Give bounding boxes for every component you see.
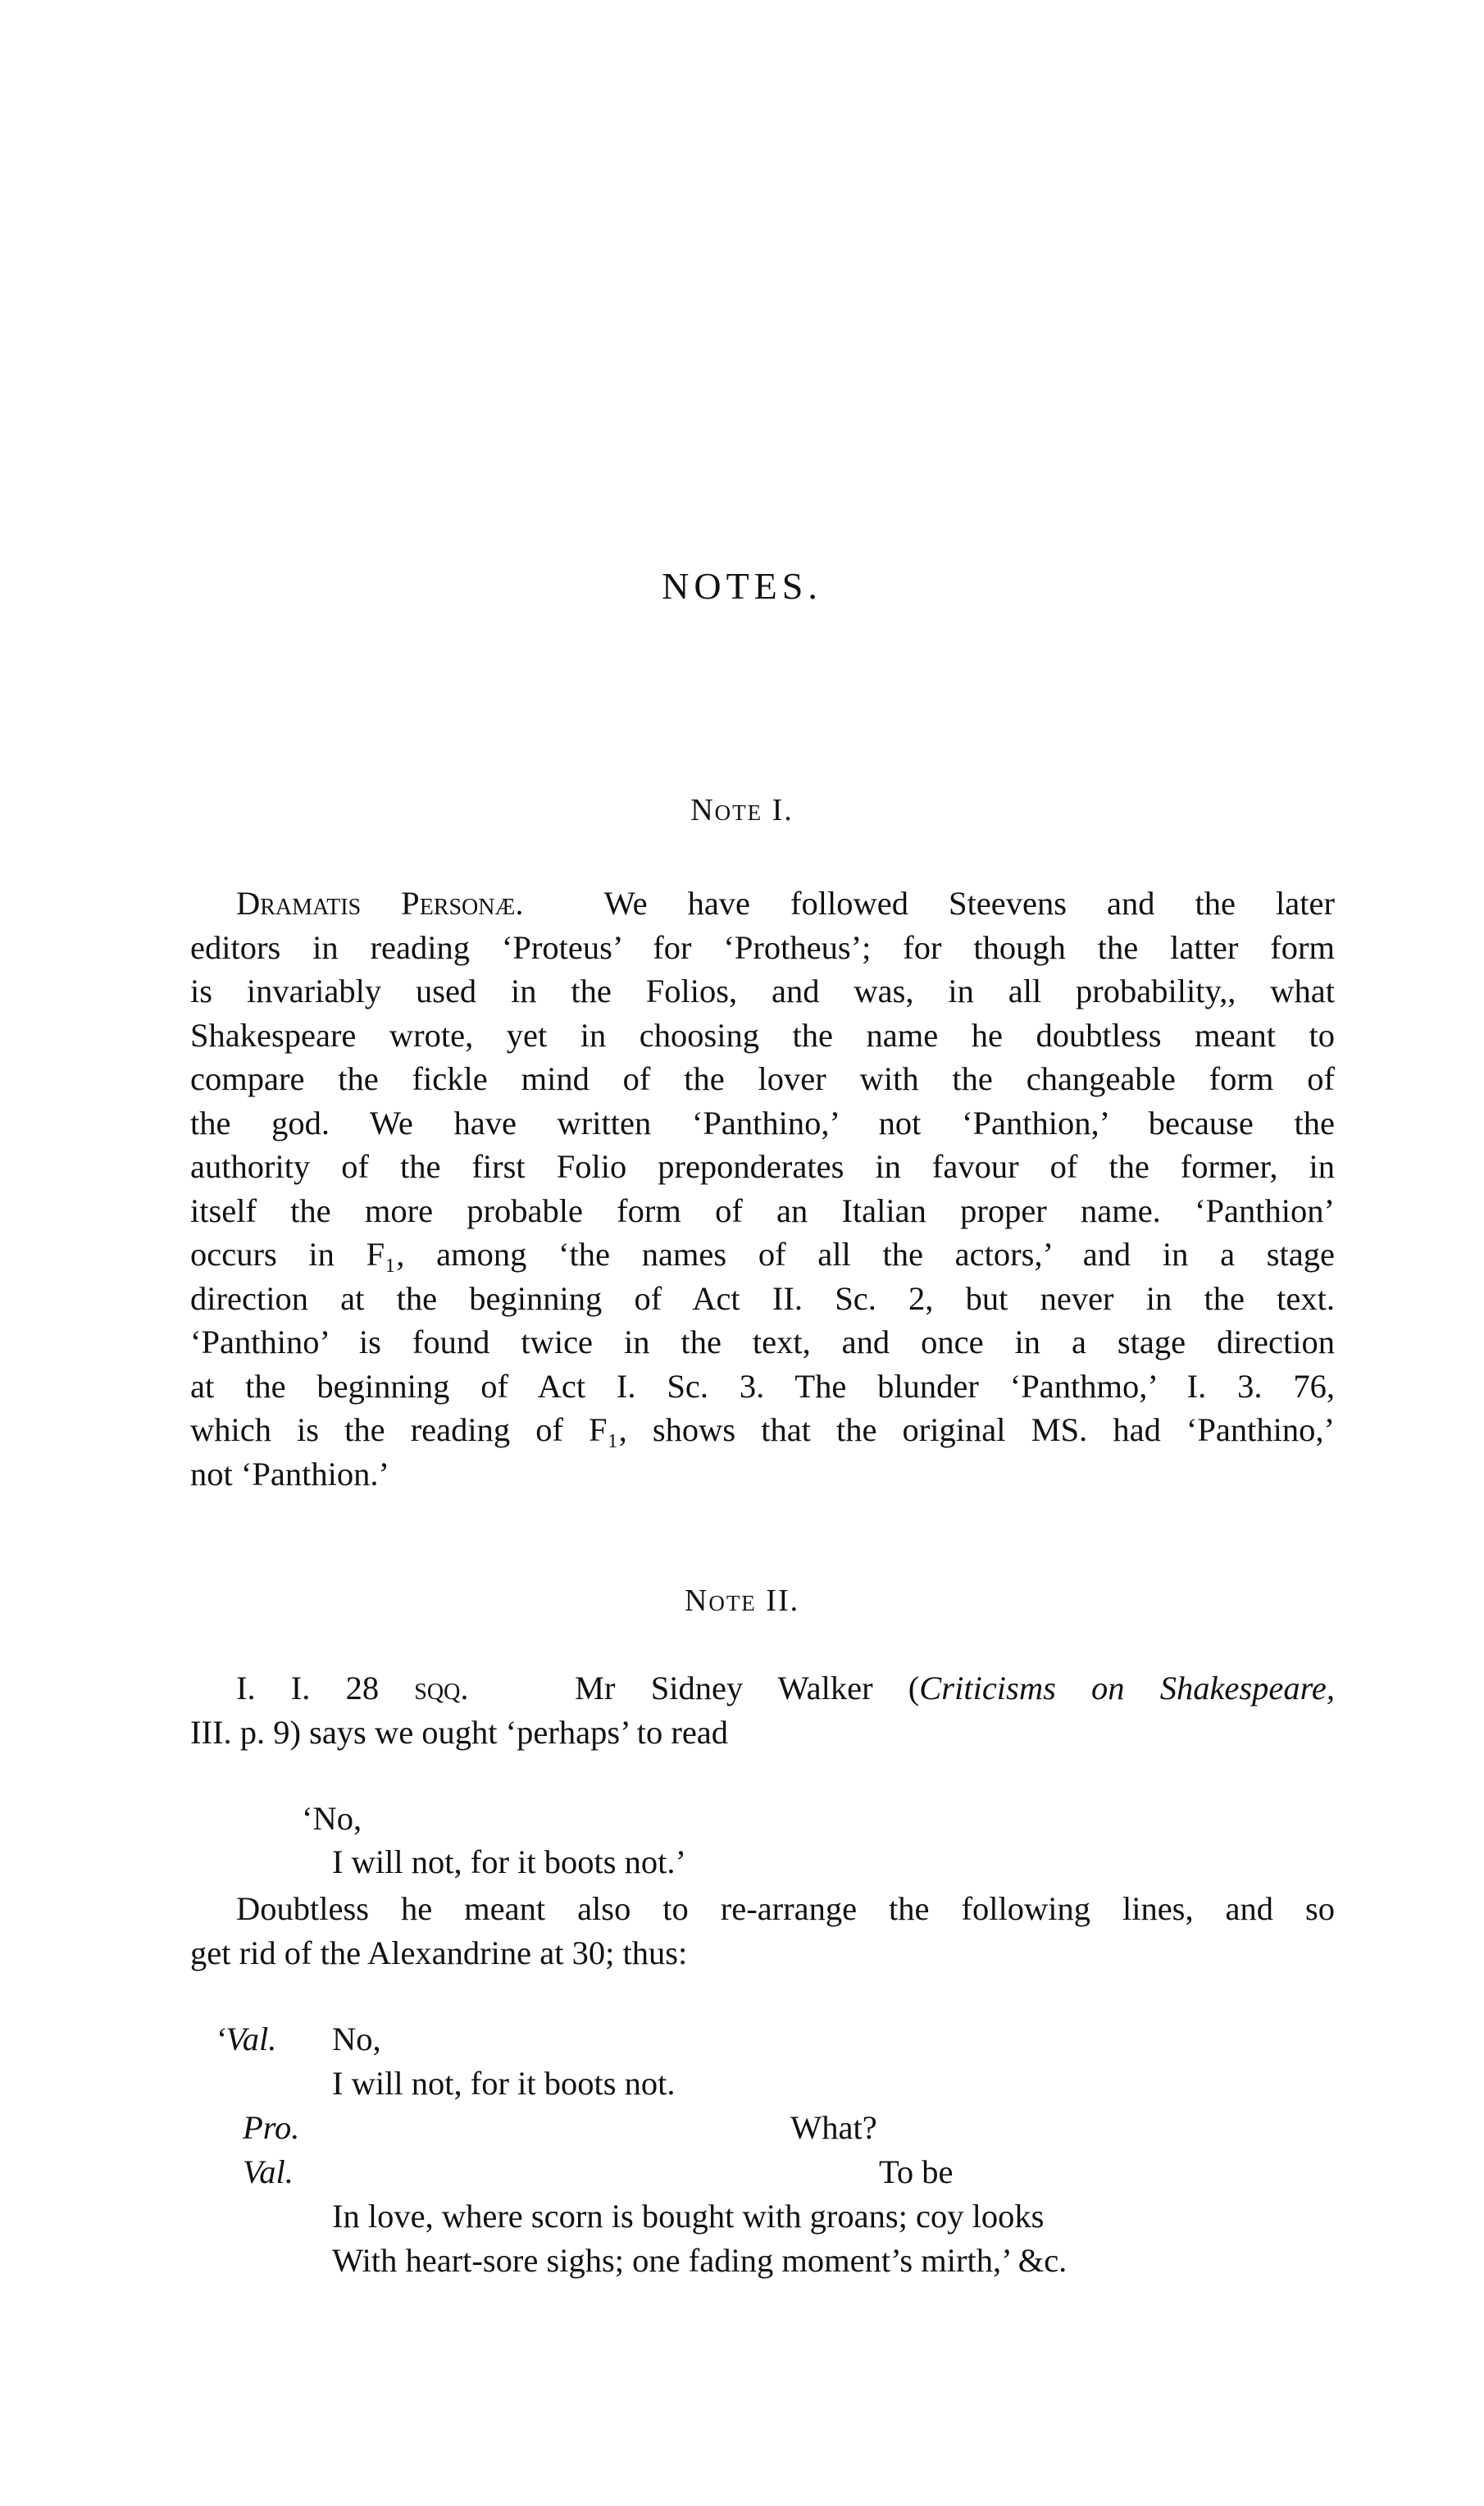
note-1-line: not ‘Panthion.’ xyxy=(190,1452,1335,1497)
note-2-line: Doubtless he meant also to re-arrange th… xyxy=(190,1887,1335,1931)
book-title: Criticisms on Shakespeare, xyxy=(919,1670,1335,1706)
note-1-line: compare the fickle mind of the lover wit… xyxy=(190,1057,1335,1101)
note-1-line: which is the reading of F₁, shows that t… xyxy=(190,1408,1335,1452)
note-1-line: the god. We have written ‘Panthino,’ not… xyxy=(190,1101,1335,1146)
note-1-line: at the beginning of Act I. Sc. 3. The bl… xyxy=(190,1365,1335,1409)
dialogue-line: With heart-sore sighs; one fading moment… xyxy=(332,2239,1067,2283)
speaker-label: ‘Val. xyxy=(215,2017,276,2062)
dialogue-line: To be xyxy=(879,2150,954,2194)
speaker-label: Val. xyxy=(243,2150,294,2194)
document-page: NOTES. Note I. Dramatis Personæ. We have… xyxy=(0,0,1484,2506)
note-1-line: Shakespeare wrote, yet in choosing the n… xyxy=(190,1014,1335,1058)
dialogue-line: I will not, for it boots not. xyxy=(332,2062,676,2106)
quote-line: ‘No, xyxy=(302,1797,362,1841)
note-1-line: is invariably used in the Folios, and wa… xyxy=(190,969,1335,1014)
note-2-line: get rid of the Alexandrine at 30; thus: xyxy=(190,1931,1335,1975)
dialogue-line: No, xyxy=(332,2017,381,2062)
note-1-line: occurs in F₁, among ‘the names of all th… xyxy=(190,1232,1335,1277)
note-2-line: III. p. 9) says we ought ‘perhaps’ to re… xyxy=(190,1711,1335,1755)
dialogue-line: In love, where scorn is bought with groa… xyxy=(332,2194,1044,2239)
note-2-paragraph: Doubtless he meant also to re-arrange th… xyxy=(190,1887,1335,1975)
note-1-paragraph: Dramatis Personæ. We have followed Steev… xyxy=(190,882,1335,1496)
speaker-label: Pro. xyxy=(243,2106,299,2150)
quote-line: I will not, for it boots not.’ xyxy=(332,1840,686,1884)
dialogue-line: What? xyxy=(790,2106,877,2150)
note-1-line: ‘Panthino’ is found twice in the text, a… xyxy=(190,1320,1335,1365)
note-1-line: itself the more probable form of an Ital… xyxy=(190,1189,1335,1233)
dramatis-personae-label: Dramatis Personæ. xyxy=(236,885,524,922)
note-1-line: authority of the first Folio preponderat… xyxy=(190,1145,1335,1189)
note-1-line: direction at the beginning of Act II. Sc… xyxy=(190,1277,1335,1321)
line-reference: I. I. 28 sqq. xyxy=(236,1670,468,1706)
page-title: NOTES. xyxy=(0,566,1484,607)
note-2-intro: I. I. 28 sqq. Mr Sidney Walker (Criticis… xyxy=(190,1666,1335,1754)
note-2-line: I. I. 28 sqq. Mr Sidney Walker (Criticis… xyxy=(190,1666,1335,1711)
note-2-heading: Note II. xyxy=(0,1584,1484,1617)
note-1-heading: Note I. xyxy=(0,794,1484,827)
note-1-line: Dramatis Personæ. We have followed Steev… xyxy=(190,882,1335,926)
note-1-line: editors in reading ‘Proteus’ for ‘Prothe… xyxy=(190,926,1335,970)
